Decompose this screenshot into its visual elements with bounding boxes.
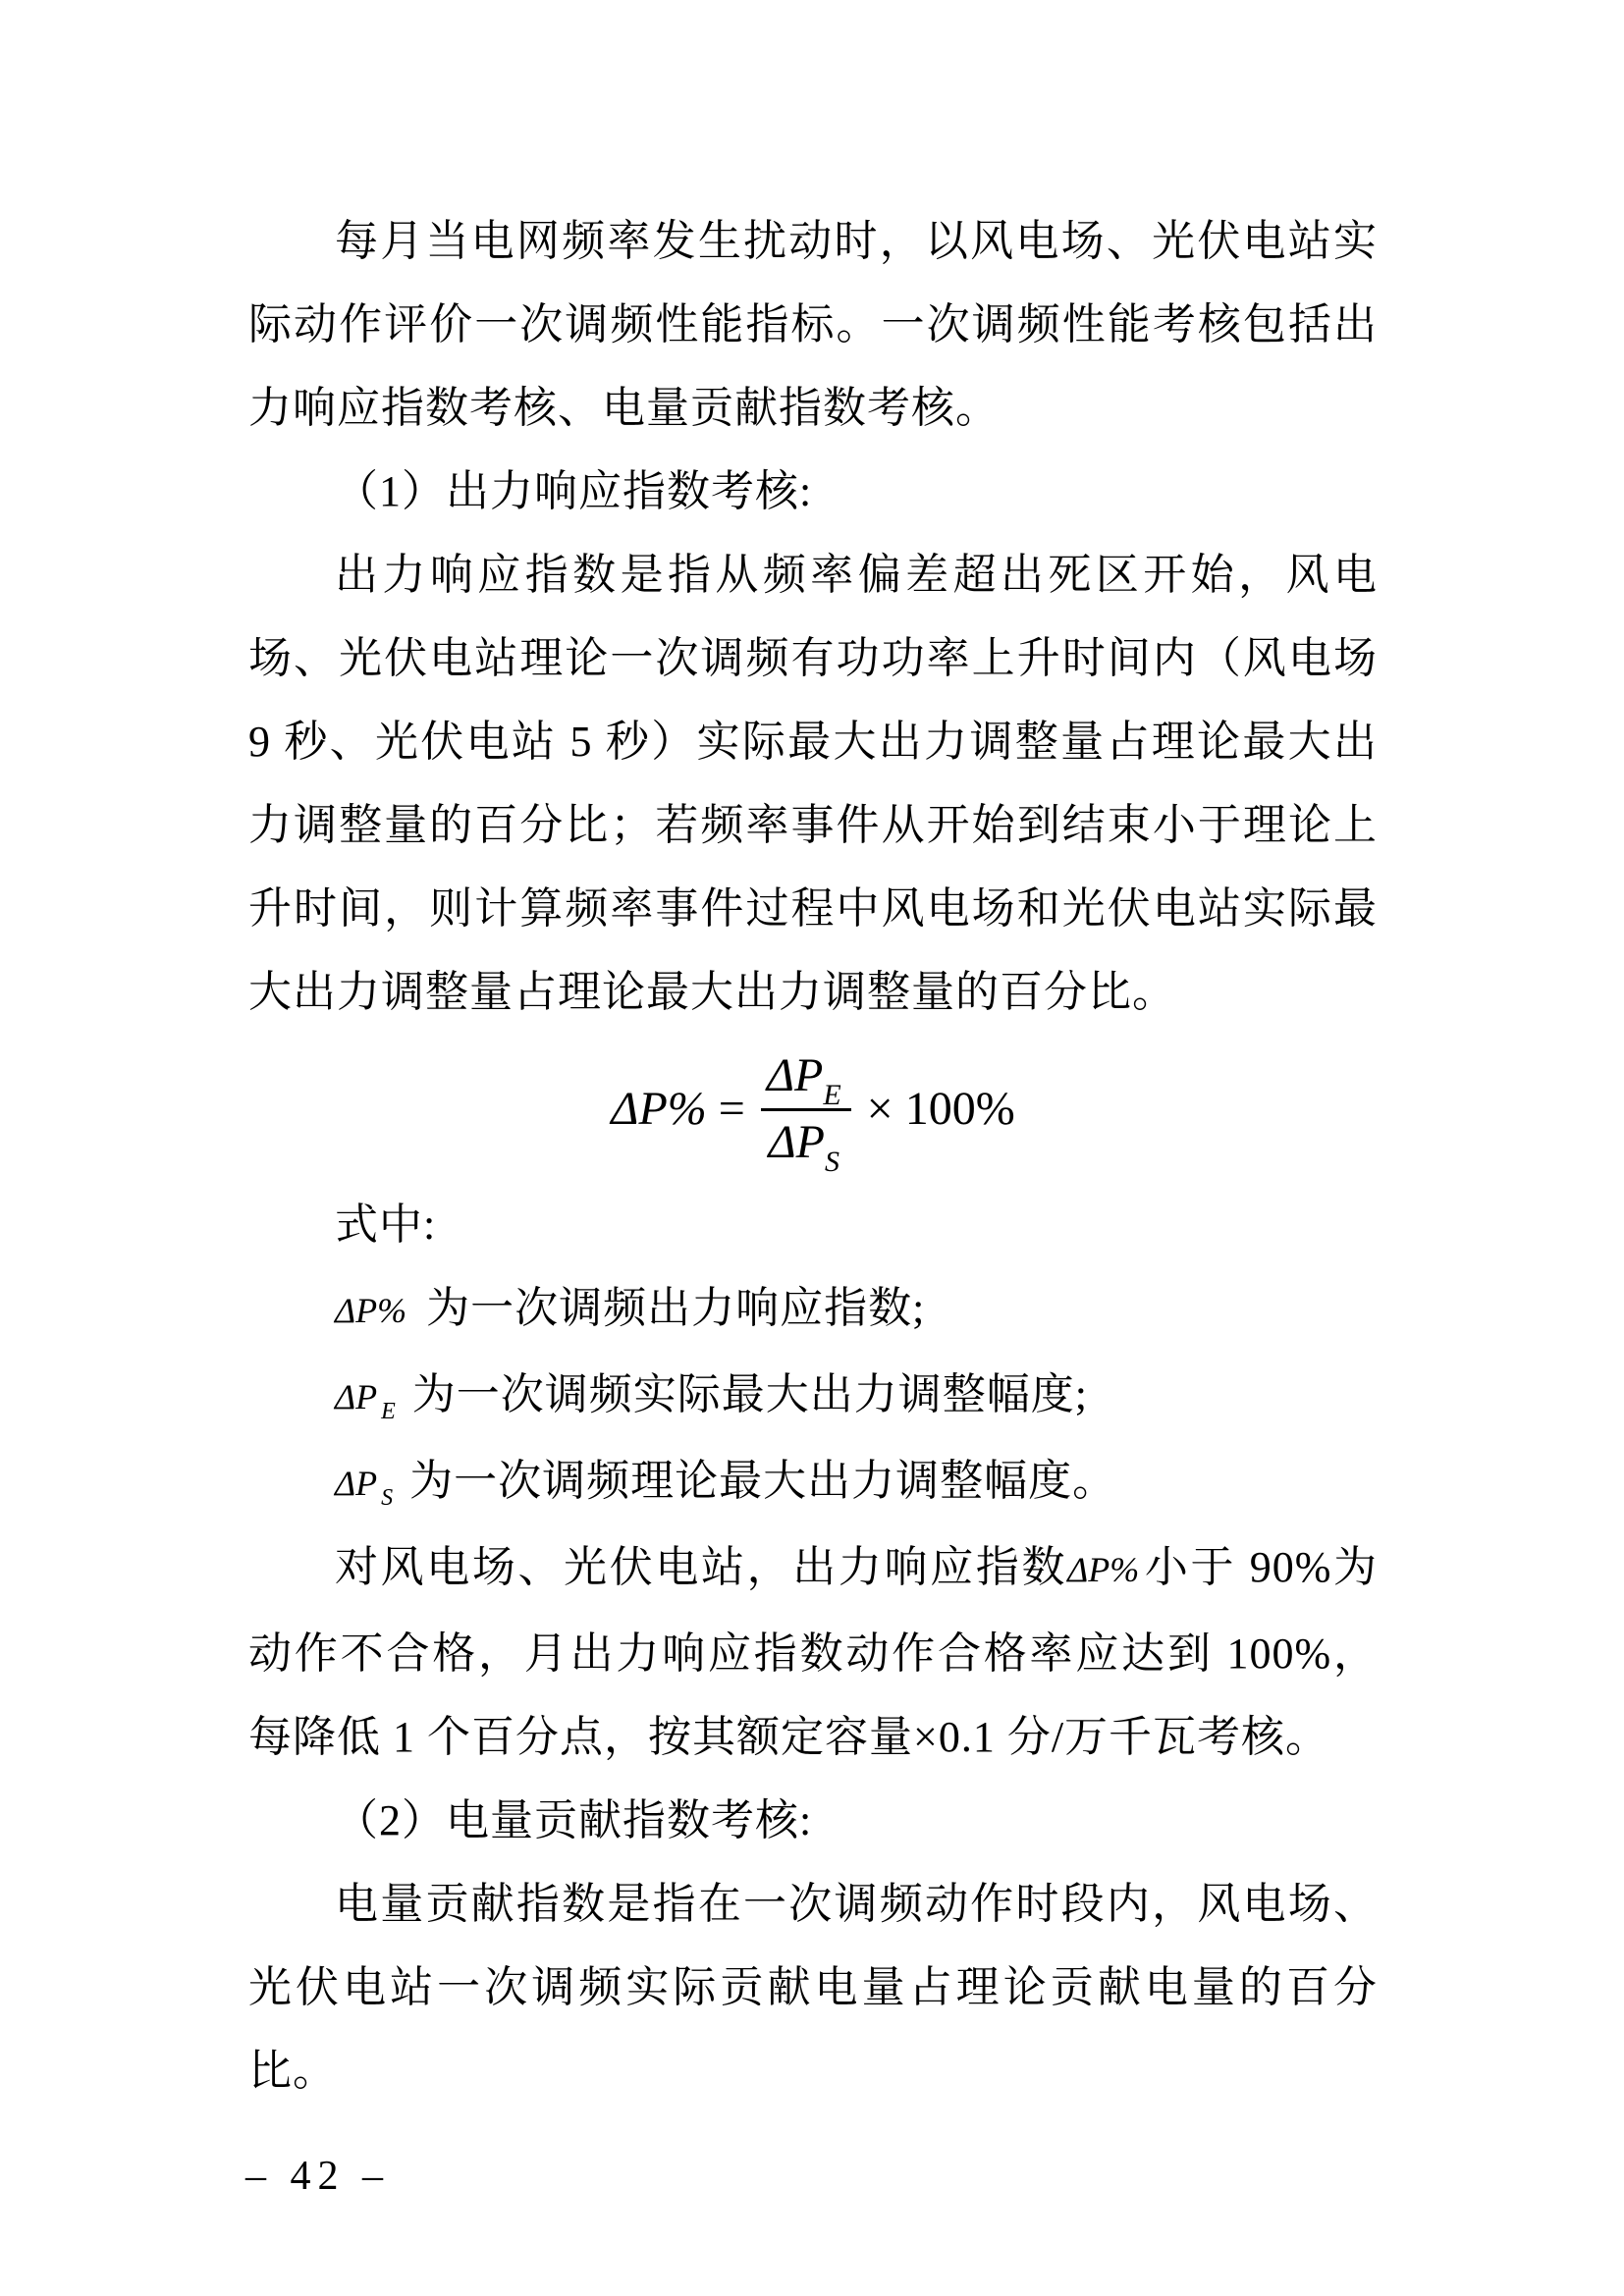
equals-sign: = (719, 1082, 745, 1136)
document-body: 每月当电网频率发生扰动时，以风电场、光伏电站实际动作评价一次调频性能指标。一次调… (248, 199, 1378, 2112)
paragraph-output-response-definition: 出力响应指数是指从频率偏差超出死区开始，风电场、光伏电站理论一次调频有功功率上升… (248, 533, 1378, 1034)
multiply-sign: × (867, 1082, 893, 1136)
denominator-symbol: ΔP (768, 1116, 825, 1168)
paragraph-monthly-evaluation: 每月当电网频率发生扰动时，以风电场、光伏电站实际动作评价一次调频性能指标。一次调… (248, 199, 1378, 450)
delta-p-s-subscript: S (381, 1485, 398, 1511)
assessment-rule-text-pre: 对风电场、光伏电站，出力响应指数 (335, 1543, 1067, 1591)
document-page: 每月当电网频率发生扰动时，以风电场、光伏电站实际动作评价一次调频性能指标。一次调… (0, 0, 1624, 2296)
inline-delta-p-percent-symbol: ΔP% (1067, 1550, 1143, 1589)
denominator-subscript: S (825, 1146, 839, 1178)
heading-energy-contribution-index: （2）电量贡献指数考核: (248, 1779, 1378, 1862)
formula-rhs: 100% (905, 1082, 1015, 1136)
delta-p-e-subscript: E (381, 1399, 401, 1424)
formula-lhs: ΔP% (611, 1082, 706, 1136)
paragraph-energy-contribution-definition: 电量贡献指数是指在一次调频动作时段内，风电场、光伏电站一次调频实际贡献电量占理论… (248, 1862, 1378, 2112)
heading-output-response-index: （1）出力响应指数考核: (248, 450, 1378, 533)
fraction-denominator: ΔPS (762, 1111, 849, 1169)
symbol-definition-text: 为一次调频实际最大出力调整幅度; (401, 1370, 1088, 1418)
delta-p-s-symbol: ΔP (335, 1464, 381, 1503)
delta-p-percent-symbol: ΔP% (335, 1291, 410, 1330)
formula-output-response-index: ΔP% = ΔPE ΔPS × 100% (248, 1034, 1378, 1183)
page-number: – 42 – (245, 2153, 390, 2200)
delta-p-e-symbol: ΔP (335, 1377, 381, 1416)
numerator-symbol: ΔP (767, 1049, 824, 1101)
symbol-definition-text: 为一次调频出力响应指数; (414, 1284, 925, 1332)
numerator-subscript: E (823, 1079, 840, 1111)
symbol-definition-delta-p-e: ΔPE 为一次调频实际最大出力调整幅度; (248, 1353, 1378, 1439)
fraction-numerator: ΔPE (761, 1048, 851, 1111)
symbol-definition-delta-p-s: ΔPS 为一次调频理论最大出力调整幅度。 (248, 1439, 1378, 1525)
formula-intro: 式中: (248, 1183, 1378, 1266)
symbol-definition-text: 为一次调频理论最大出力调整幅度。 (398, 1457, 1116, 1505)
symbol-definition-delta-p-percent: ΔP% 为一次调频出力响应指数; (248, 1266, 1378, 1353)
formula-fraction: ΔPE ΔPS (761, 1048, 851, 1169)
paragraph-assessment-rule: 对风电场、光伏电站，出力响应指数ΔP%小于 90%为动作不合格，月出力响应指数动… (248, 1525, 1378, 1779)
